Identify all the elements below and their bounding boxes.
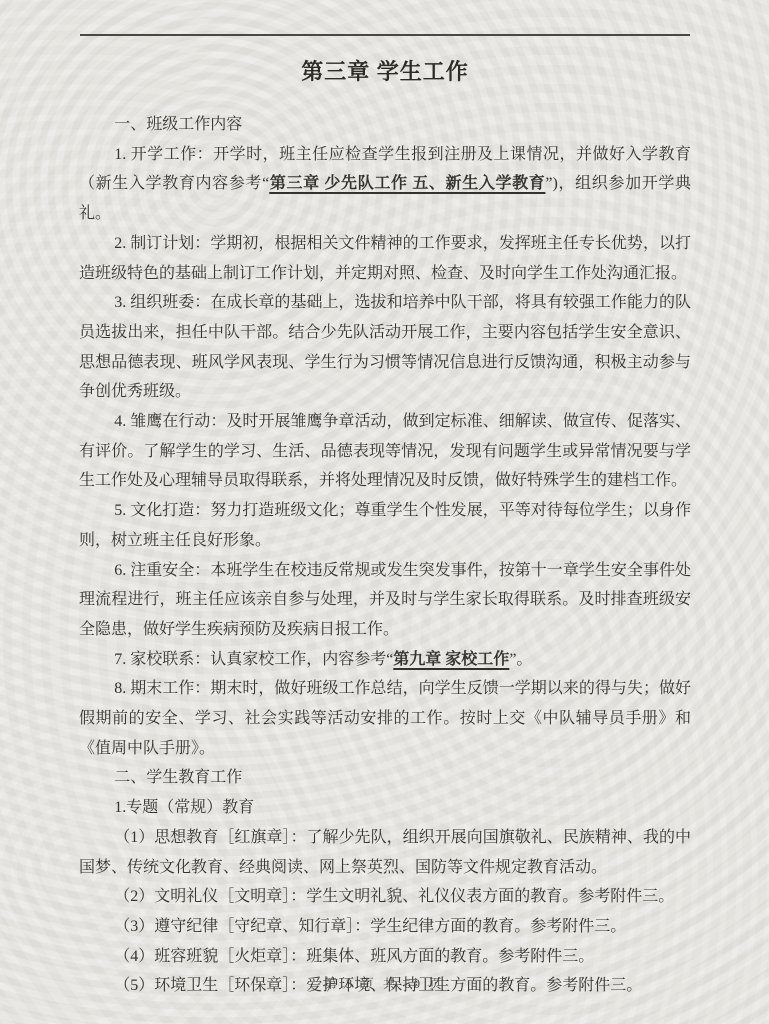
edu-item-class-appearance: （4）班容班貌［火炬章］：班集体、班风方面的教育。参考附件三。: [79, 942, 691, 972]
page-number: 第 3 页 共 50 页: [0, 974, 769, 992]
section-1-heading: 一、班级工作内容: [79, 110, 691, 140]
paragraph-safety: 6. 注重安全：本班学生在校违反常规或发生突发事件，按第十一章学生安全事件处理流…: [79, 556, 691, 645]
edu-item-ideology: （1）思想教育［红旗章］：了解少先队，组织开展向国旗敬礼、民族精神、我的中国梦、…: [79, 823, 691, 882]
topic-education-heading: 1.专题（常规）教育: [79, 793, 691, 823]
paragraph-class-committee: 3. 组织班委：在成长章的基础上，选拔和培养中队干部，将具有较强工作能力的队员选…: [79, 288, 691, 407]
chapter-title: 第三章 学生工作: [79, 56, 691, 88]
chapter-reference-link: 第三章 少先队工作 五、新生入学教育: [269, 175, 545, 192]
paragraph-plan-making: 2. 制订计划：学期初，根据相关文件精神的工作要求，发挥班主任专长优势，以打造班…: [79, 229, 691, 288]
edu-item-discipline: （3）遵守纪律［守纪章、知行章］：学生纪律方面的教育。参考附件三。: [79, 912, 691, 942]
section-2-heading: 二、学生教育工作: [79, 763, 691, 793]
paragraph-text: 7. 家校联系：认真家校工作，内容参考“: [114, 651, 393, 668]
paragraph-culture-building: 5. 文化打造：努力打造班级文化；尊重学生个性发展，平等对待每位学生；以身作则，…: [79, 496, 691, 555]
paragraph-term-end: 8. 期末工作：期末时，做好班级工作总结，向学生反馈一学期以来的得与失；做好假期…: [79, 674, 691, 763]
paragraph-eaglet-action: 4. 雏鹰在行动：及时开展雏鹰争章活动，做到定标准、细解读、做宣传、促落实、有评…: [79, 407, 691, 496]
document-page: 第三章 学生工作 一、班级工作内容 1. 开学工作：开学时，班主任应检查学生报到…: [0, 0, 769, 1024]
header-rule: [80, 34, 690, 36]
chapter-reference-link: 第九章 家校工作: [393, 651, 509, 668]
paragraph-opening-work: 1. 开学工作：开学时，班主任应检查学生报到注册及上课情况，并做好入学教育（新生…: [79, 140, 691, 229]
page-content: 第三章 学生工作 一、班级工作内容 1. 开学工作：开学时，班主任应检查学生报到…: [79, 56, 691, 1001]
paragraph-home-school: 7. 家校联系：认真家校工作，内容参考“第九章 家校工作”。: [79, 645, 691, 675]
edu-item-etiquette: （2）文明礼仪［文明章］：学生文明礼貌、礼仪仪表方面的教育。参考附件三。: [79, 882, 691, 912]
paragraph-text: ”。: [509, 651, 532, 668]
